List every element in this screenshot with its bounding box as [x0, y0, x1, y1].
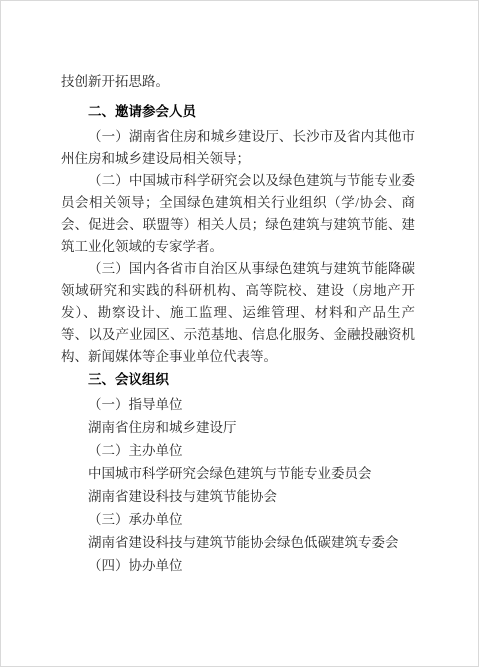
org-label-guiding-unit: （一）指导单位: [61, 393, 415, 416]
org-label-organizer-unit: （三）承办单位: [61, 508, 415, 531]
attendees-paragraph-1: （一）湖南省住房和城乡建设厅、长沙市及省内其他市州住房和城乡建设局相关领导；: [61, 126, 415, 170]
section-heading-invited-attendees: 二、邀请参会人员: [61, 101, 415, 123]
attendees-paragraph-3: （三）国内各省市自治区从事绿色建筑与建筑节能降碳领域研究和实践的科研机构、高等院…: [61, 258, 415, 368]
attendees-paragraph-2: （二）中国城市科学研究会以及绿色建筑与节能专业委员会相关领导；全国绿色建筑相关行…: [61, 170, 415, 258]
continuation-text-line: 技创新开拓思路。: [61, 71, 415, 93]
section-heading-meeting-organization: 三、会议组织: [61, 369, 415, 391]
document-page: 技创新开拓思路。 二、邀请参会人员 （一）湖南省住房和城乡建设厅、长沙市及省内其…: [0, 0, 479, 667]
document-body: 技创新开拓思路。 二、邀请参会人员 （一）湖南省住房和城乡建设厅、长沙市及省内其…: [61, 71, 415, 577]
org-label-co-organizer-unit: （四）协办单位: [61, 554, 415, 577]
org-name-guiding-unit: 湖南省住房和城乡建设厅: [61, 416, 415, 439]
org-name-host-unit-1: 中国城市科学研究会绿色建筑与节能专业委员会: [61, 462, 415, 485]
org-label-host-unit: （二）主办单位: [61, 439, 415, 462]
org-name-organizer-unit: 湖南省建设科技与建筑节能协会绿色低碳建筑专委会: [61, 531, 415, 554]
org-name-host-unit-2: 湖南省建设科技与建筑节能协会: [61, 485, 415, 508]
